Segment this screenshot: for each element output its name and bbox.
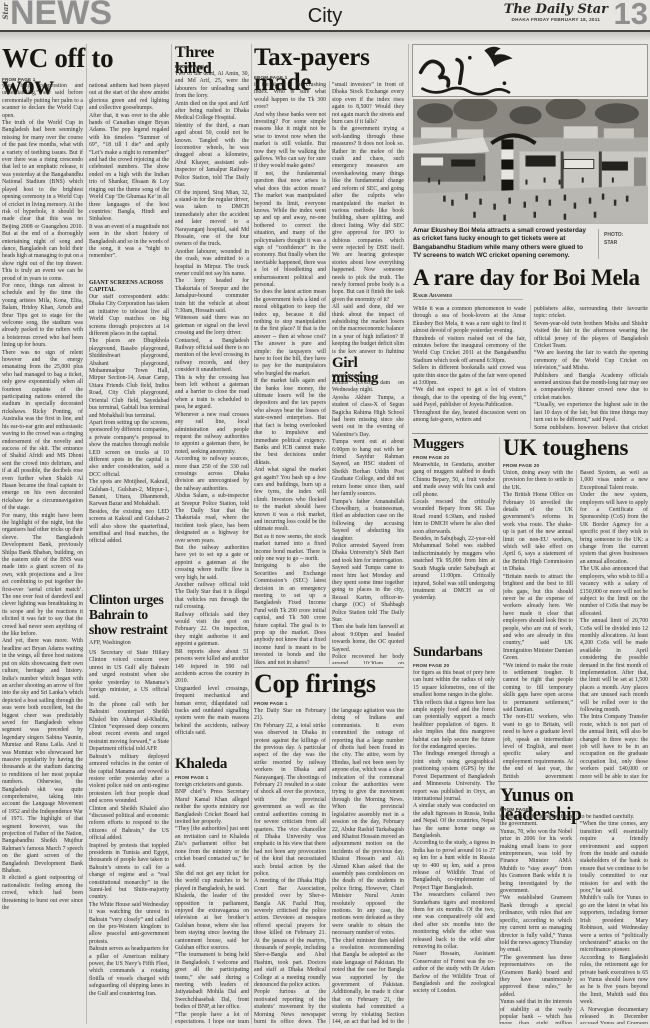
wc-article-col1: your help, cooperation and understanding… — [2, 83, 83, 1024]
divider — [576, 470, 577, 778]
boi-mela-photo — [413, 99, 648, 224]
from-page-label: FROM PAGE 1 — [2, 77, 36, 82]
from-page-label: FROM PAGE 1 — [175, 64, 209, 69]
dateline: DHAKA FRIDAY FEBRUARY 18, 2011 — [504, 17, 608, 22]
headline-rare-day-boi-mela: A rare day for Boi Mela — [413, 266, 649, 289]
boi-mela-logo-box — [412, 44, 648, 97]
from-page-label: FROM PAGE 1 — [332, 373, 366, 378]
from-page-label: FROM PAGE 1 — [175, 775, 209, 780]
boimela-byline: Rakib Ahammed — [413, 293, 523, 300]
headline-cop-firings: Cop firings — [254, 671, 404, 697]
clinton-byline: AFP, Washington — [89, 640, 131, 646]
section-rule — [254, 667, 404, 668]
photo-caption: Amar Ekushey Boi Mela attracts a small c… — [413, 227, 591, 265]
masthead: The Daily Star DHAKA FRIDAY FEBRUARY 18,… — [504, 2, 608, 22]
girl-missing-article: Demra (DND) dam on Wednesday night. Ayes… — [332, 380, 404, 664]
wc-subhead: GIANT SCREENS ACROSS CAPITAL — [89, 280, 169, 294]
wc-article-col2b: Our staff correspondent adds: Dhaka City… — [89, 294, 169, 590]
yunus-article-col1: founded despite pressure from the govern… — [500, 814, 572, 1024]
from-page-label: FROM PAGE 20 — [503, 463, 539, 468]
headline-muggers: Muggers — [413, 438, 497, 452]
sundarbans-article: for tigers as this beast of prey here ca… — [413, 670, 495, 1024]
masthead-title: The Daily Star — [504, 2, 608, 17]
divider — [530, 305, 531, 429]
headline-uk-toughens: UK toughens — [503, 436, 649, 459]
boimela-article-col1: While it was a common phenomenon to wade… — [413, 306, 526, 429]
divider — [329, 707, 330, 1024]
cop-article-col2: the language agitation was the doing of … — [332, 708, 404, 1024]
from-page-label: FROM PAGE 1 — [254, 75, 288, 80]
uk-article-col2: Based System, as well as 1,000 visas und… — [580, 470, 648, 778]
clinton-article: US Secretary of State Hillary Clinton vo… — [89, 650, 169, 1024]
from-page-label: FROM PAGE 1 — [500, 807, 534, 812]
caption-divider — [598, 229, 599, 259]
divider — [251, 44, 252, 1024]
book-fair-aerial-illustration — [413, 99, 648, 224]
muggers-article: Meanwhile, in Gendaria, another gang of … — [413, 462, 495, 642]
wc-article-col2: national anthem had been played out at t… — [89, 83, 169, 278]
headline-clinton: Clinton urges Bahrain to show restraint — [89, 593, 169, 638]
header-shade — [0, 32, 650, 41]
headline-sundarbans: Sundarbans — [413, 646, 497, 660]
three-killed-article: Two of the dead, Al Amin, 30, and Md Ari… — [175, 71, 249, 753]
divider — [86, 44, 87, 1024]
from-page-label: FROM PAGE 20 — [413, 663, 449, 668]
yunus-article-col2: to be handled carefully. “When the time … — [580, 814, 648, 1024]
tax-article-col2: “small investors” in front of Dhaka Stoc… — [332, 82, 404, 353]
newspaper-page: Star NEWS City 13 The Daily Star DHAKA F… — [0, 0, 650, 1028]
section-rule — [412, 433, 648, 434]
page-number: 13 — [614, 0, 648, 32]
divider — [329, 81, 330, 664]
uk-article-col1: Union, doing away with the provision for… — [503, 470, 573, 778]
tax-article-col1: in the abyss of the crushing index. Who … — [254, 82, 326, 664]
headline-khaleda: Khaleda — [175, 757, 249, 772]
section-rule — [498, 781, 648, 782]
from-page-label: FROM PAGE 20 — [413, 455, 449, 460]
boi-mela-logo — [413, 45, 523, 96]
khaleda-article: foreign cricketers and guests. BNP chief… — [175, 782, 249, 1024]
photo-credit: PHOTO: STAR — [604, 232, 648, 247]
boimela-article-col2: publishers alike, surrounding their favo… — [534, 306, 648, 429]
divider — [576, 813, 577, 1024]
cop-article-col1: The Daily Star on February 21). On Febru… — [254, 708, 326, 1024]
divider — [171, 44, 172, 1024]
from-page-label: FROM PAGE 1 — [254, 701, 288, 706]
divider — [408, 44, 409, 1024]
